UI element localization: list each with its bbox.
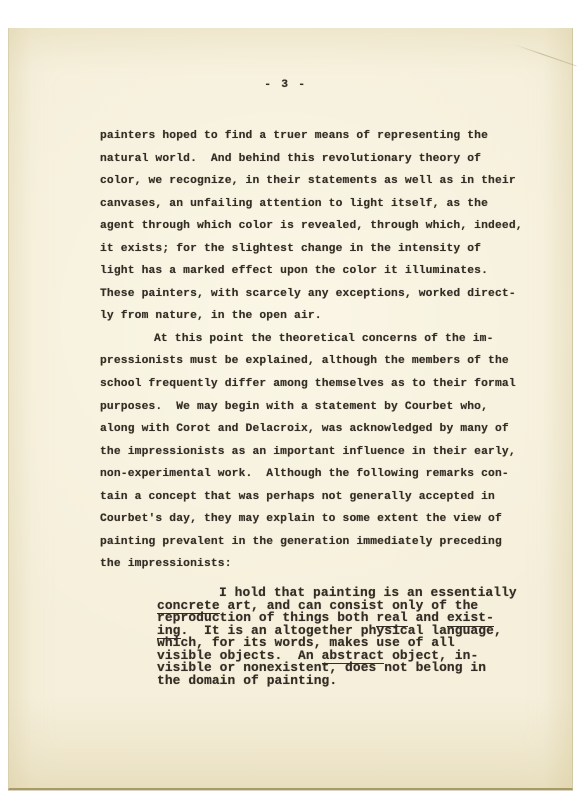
text-line: pressionists must be explained, although…: [100, 350, 523, 373]
text-line: it exists; for the slightest change in t…: [100, 238, 523, 261]
text-line: These painters, with scarcely any except…: [100, 283, 523, 306]
text-line: the impressionists as an important influ…: [100, 441, 523, 464]
body-text-block: painters hoped to find a truer means of …: [100, 125, 523, 576]
text-line-paragraph-start: At this point the theoretical concerns o…: [100, 328, 523, 351]
text-line: non-experimental work. Although the foll…: [100, 463, 523, 486]
quote-segment: the domain of painting.: [157, 673, 337, 688]
text-line: purposes. We may begin with a statement …: [100, 396, 523, 419]
text-line: agent through which color is revealed, t…: [100, 215, 523, 238]
block-quote: I hold that painting is an essentially c…: [157, 587, 517, 687]
text-line: light has a marked effect upon the color…: [100, 260, 523, 283]
scan-background: - 3 - painters hoped to find a truer mea…: [0, 0, 580, 800]
page-number: - 3 -: [4, 79, 567, 91]
text-line: natural world. And behind this revolutio…: [100, 148, 523, 171]
text-line: painters hoped to find a truer means of …: [100, 125, 523, 148]
text-line: school frequently differ among themselve…: [100, 373, 523, 396]
text-line: tain a concept that was perhaps not gene…: [100, 486, 523, 509]
text-line: along with Corot and Delacroix, was ackn…: [100, 418, 523, 441]
manuscript-page: - 3 - painters hoped to find a truer mea…: [8, 28, 573, 790]
text-line: canvases, an unfailing attention to ligh…: [100, 193, 523, 216]
text-line: color, we recognize, in their statements…: [100, 170, 523, 193]
text-line: painting prevalent in the generation imm…: [100, 531, 523, 554]
text-line: Courbet's day, they may explain to some …: [100, 508, 523, 531]
text-line: ly from nature, in the open air.: [100, 305, 523, 328]
corner-crease: [514, 44, 577, 66]
text-line: the impressionists:: [100, 553, 523, 576]
quote-line: the domain of painting.: [157, 675, 517, 688]
